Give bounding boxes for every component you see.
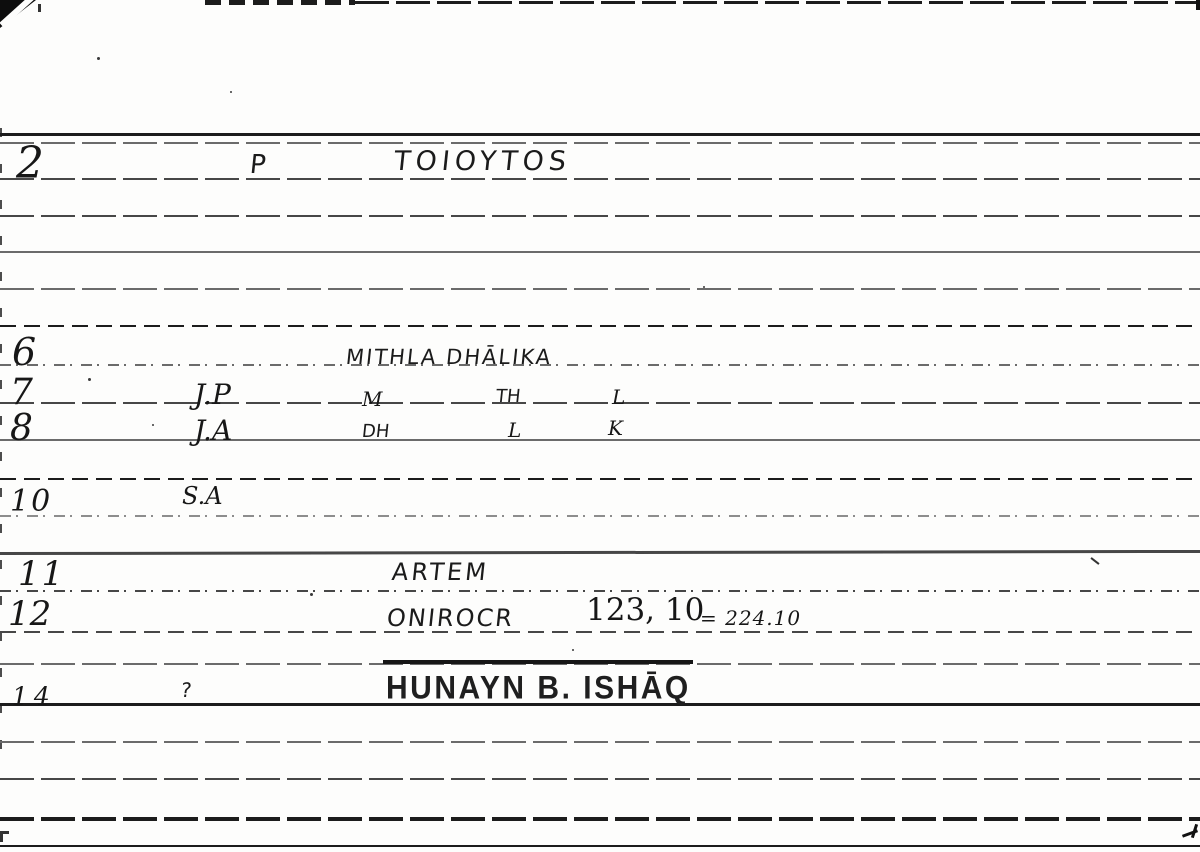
row6-gloss: MITHLA DHĀLIKA bbox=[345, 345, 554, 369]
row8-consonant-l: L bbox=[508, 418, 521, 442]
edge-speck bbox=[1196, 0, 1200, 10]
row12-reference-sub: = 224.10 bbox=[700, 606, 801, 630]
row10-initials: S.A bbox=[182, 482, 223, 510]
row11-author: ARTEM bbox=[391, 558, 491, 586]
row2-number: 2 bbox=[16, 138, 44, 189]
row7-consonant-l: L bbox=[612, 385, 625, 409]
ruled-line bbox=[0, 142, 1200, 144]
ruled-line bbox=[0, 325, 1200, 327]
ruled-line bbox=[0, 741, 1200, 743]
ink-speck bbox=[703, 286, 705, 288]
top-edge-line bbox=[355, 1, 1200, 4]
stray-pen-tick bbox=[1090, 557, 1099, 565]
left-edge-scan-line bbox=[0, 128, 2, 768]
ruled-line bbox=[0, 288, 1200, 290]
ruled-line bbox=[0, 778, 1200, 780]
ruled-line bbox=[0, 215, 1200, 217]
row8-consonant-k: K bbox=[608, 416, 623, 440]
ink-speck bbox=[572, 649, 574, 651]
ruled-line bbox=[0, 133, 1200, 136]
ruled-line bbox=[0, 439, 1200, 441]
row8-initials: J.A bbox=[194, 414, 232, 447]
ink-smudge-line bbox=[383, 660, 693, 664]
ink-speck bbox=[152, 424, 154, 426]
ink-speck bbox=[97, 57, 100, 60]
ruled-line bbox=[0, 631, 1200, 633]
ruled-line bbox=[0, 178, 1200, 180]
row14-translator-stamp: HUNAYN B. ISHĀQ bbox=[386, 671, 691, 708]
row8-number: 8 bbox=[10, 408, 33, 449]
row11-number: 11 bbox=[18, 554, 65, 594]
ruled-line bbox=[0, 478, 1200, 480]
row7-number: 7 bbox=[10, 372, 33, 413]
row12-reference-main: 123, 10 bbox=[586, 592, 704, 628]
row2-headword: TOIOYTOS bbox=[392, 146, 572, 177]
ruled-line bbox=[0, 251, 1200, 253]
ruled-line bbox=[0, 845, 1200, 847]
row6-number: 6 bbox=[12, 330, 36, 374]
top-edge-line bbox=[205, 0, 355, 5]
edge-speck bbox=[38, 4, 41, 12]
ruled-line bbox=[0, 364, 1200, 366]
row7-consonant-m: M bbox=[362, 387, 382, 411]
ink-speck bbox=[88, 378, 91, 381]
row12-work: ONIROCR bbox=[386, 604, 516, 632]
ruled-line bbox=[0, 550, 1200, 555]
ruled-line bbox=[0, 402, 1200, 404]
ink-speck bbox=[310, 593, 313, 596]
row10-number: 10 bbox=[10, 484, 52, 519]
ruled-line bbox=[0, 817, 1200, 821]
corner-speck bbox=[0, 834, 3, 842]
row7-consonant-th: TH bbox=[495, 386, 522, 407]
row2-column-label: P bbox=[248, 150, 267, 180]
row7-initials: J.P bbox=[194, 378, 231, 411]
ruled-line bbox=[0, 515, 1200, 517]
row14-question-mark: ? bbox=[180, 678, 193, 702]
row14-number: 14 bbox=[12, 682, 56, 711]
scanned-card-page: 2 P TOIOYTOS 6 MITHLA DHĀLIKA 7 J.P M TH… bbox=[0, 0, 1200, 852]
ink-speck bbox=[230, 91, 232, 93]
row12-number: 12 bbox=[8, 594, 51, 634]
row8-consonant-dh: DH bbox=[361, 421, 391, 442]
